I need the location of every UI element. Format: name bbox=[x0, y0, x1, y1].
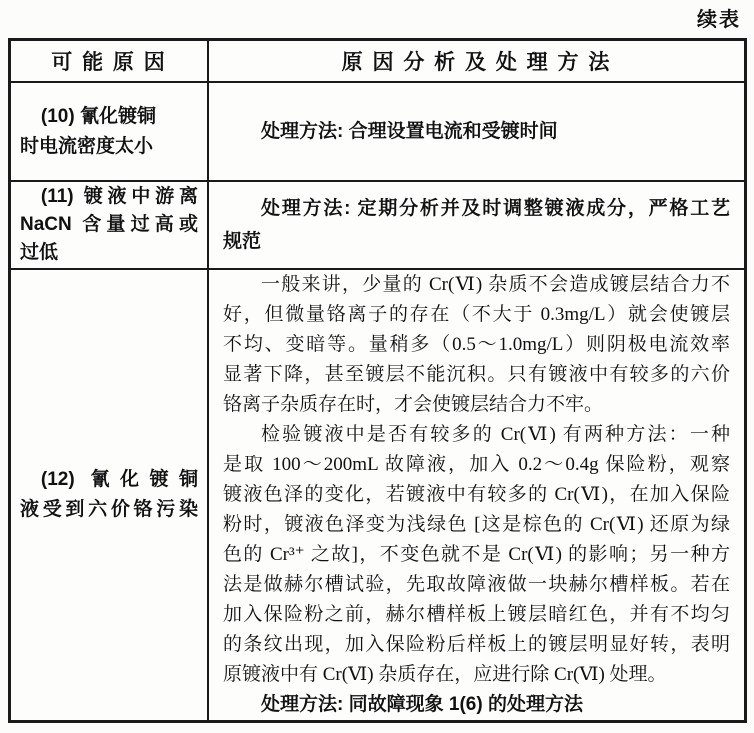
cause-cell-row-11: (11) 镀液中游离 NaCN 含量过高或 过低 bbox=[11, 182, 209, 270]
document-page: 续表 可 能 原 因 原 因 分 析 及 处 理 方 法 (10) 氰化镀铜 时… bbox=[0, 0, 754, 733]
cause-line: 时电流密度太小 bbox=[20, 132, 198, 162]
cause-line: (12) 氰化镀铜 bbox=[20, 465, 198, 495]
cause-cell-row-12: (12) 氰化镀铜 液受到六价铬污染 bbox=[11, 270, 209, 720]
cause-line: (11) 镀液中游离 bbox=[20, 183, 198, 211]
analysis-line: 铬离子杂质存在时，才会使镀层结合力不牢。 bbox=[223, 390, 730, 420]
continued-table-label: 续表 bbox=[697, 3, 741, 32]
analysis-line: 显著下降，甚至镀层不能沉积。只有镀液中有较多的六价 bbox=[223, 360, 730, 390]
fault-table: 可 能 原 因 原 因 分 析 及 处 理 方 法 (10) 氰化镀铜 时电流密… bbox=[8, 38, 747, 723]
treatment-line: 处理方法: 合理设置电流和受镀时间 bbox=[223, 115, 730, 148]
analysis-line: 是取 100～200mL 故障液，加入 0.2～0.4g 保险粉，观察 bbox=[223, 450, 730, 480]
header-analysis-label: 原 因 分 析 及 处 理 方 法 bbox=[209, 46, 744, 76]
analysis-line: 法是做赫尔槽试验，先取故障液做一块赫尔槽样板。若在 bbox=[223, 570, 730, 600]
table-header-cell-cause: 可 能 原 因 bbox=[11, 41, 209, 83]
analysis-line: 粉时，镀液色泽变为浅绿色 [这是棕色的 Cr(Ⅵ) 还原为绿 bbox=[223, 510, 730, 540]
analysis-line: 加入保险粉之前，赫尔槽样板上镀层暗红色，并有不均匀 bbox=[223, 600, 730, 630]
cause-line: NaCN 含量过高或 bbox=[20, 211, 198, 239]
analysis-line: 镀液色泽的变化，若镀液中有较多的 Cr(Ⅵ)，在加入保险 bbox=[223, 480, 730, 510]
analysis-line: 检验镀液中是否有较多的 Cr(Ⅵ) 有两种方法：一种 bbox=[223, 420, 730, 450]
analysis-cell-row-12: 一般来讲，少量的 Cr(Ⅵ) 杂质不会造成镀层结合力不 好，但微量铬离子的存在（… bbox=[209, 270, 744, 720]
cause-line: 过低 bbox=[20, 239, 198, 267]
cause-cell-row-10: (10) 氰化镀铜 时电流密度太小 bbox=[11, 83, 209, 182]
analysis-line: 色的 Cr³⁺ 之故]，不变色就不是 Cr(Ⅵ) 的影响；另一种方 bbox=[223, 540, 730, 570]
cause-line: (10) 氰化镀铜 bbox=[20, 102, 198, 132]
analysis-cell-row-10: 处理方法: 合理设置电流和受镀时间 bbox=[209, 83, 744, 182]
table-header-cell-analysis: 原 因 分 析 及 处 理 方 法 bbox=[209, 41, 744, 83]
treatment-line: 处理方法: 同故障现象 1(6) 的处理方法 bbox=[223, 690, 730, 720]
analysis-line: 一般来讲，少量的 Cr(Ⅵ) 杂质不会造成镀层结合力不 bbox=[223, 270, 730, 300]
analysis-cell-row-11: 处理方法: 定期分析并及时调整镀液成分，严格工艺 规范 bbox=[209, 182, 744, 270]
analysis-line: 不均、变暗等。量稍多（0.5～1.0mg/L）则阴极电流效率 bbox=[223, 330, 730, 360]
analysis-line: 原镀液中有 Cr(Ⅵ) 杂质存在，应进行除 Cr(Ⅵ) 处理。 bbox=[223, 660, 730, 690]
treatment-line: 规范 bbox=[223, 225, 730, 258]
header-cause-label: 可 能 原 因 bbox=[11, 46, 207, 76]
treatment-line: 处理方法: 定期分析并及时调整镀液成分，严格工艺 bbox=[223, 192, 730, 225]
cause-line: 液受到六价铬污染 bbox=[20, 495, 198, 525]
analysis-line: 好，但微量铬离子的存在（不大于 0.3mg/L）就会使镀层 bbox=[223, 300, 730, 330]
analysis-line: 的条纹出现，加入保险粉后样板上的镀层明显好转，表明 bbox=[223, 630, 730, 660]
